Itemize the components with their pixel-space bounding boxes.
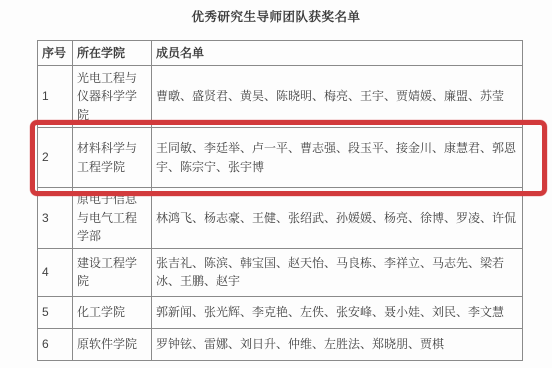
cell-members: 王同敏、李廷举、卢一平、曹志强、段玉平、接金川、康慧君、郭恩宇、陈宗宁、张宇博	[152, 128, 523, 188]
award-table-body: 1光电工程与仪器科学学院曹暾、盛贤君、黄昊、陈晓明、梅亮、王宇、贾婧媛、廉盟、苏…	[38, 66, 523, 361]
cell-members: 张吉礼、陈滨、韩宝国、赵天怡、马良栋、李祥立、马志先、梁若冰、王鹏、赵宇	[152, 248, 523, 296]
cell-college: 材料科学与工程学院	[73, 128, 152, 188]
cell-college: 原电子信息与电气工程学部	[73, 188, 152, 249]
cell-college: 光电工程与仪器科学学院	[73, 66, 152, 128]
page-title: 优秀研究生导师团队获奖名单	[0, 7, 552, 25]
cell-members: 林鸿飞、杨志豪、王健、张绍武、孙媛媛、杨亮、徐博、罗凌、许侃	[152, 188, 523, 249]
cell-college: 原软件学院	[73, 328, 152, 360]
cell-college: 化工学院	[73, 296, 152, 328]
header-cell-college: 所在学院	[73, 41, 152, 66]
award-table: 序号 所在学院 成员名单 1光电工程与仪器科学学院曹暾、盛贤君、黄昊、陈晓明、梅…	[37, 40, 523, 361]
table-row: 3原电子信息与电气工程学部林鸿飞、杨志豪、王健、张绍武、孙媛媛、杨亮、徐博、罗凌…	[38, 188, 523, 249]
table-row: 4建设工程学院张吉礼、陈滨、韩宝国、赵天怡、马良栋、李祥立、马志先、梁若冰、王鹏…	[38, 248, 523, 296]
cell-index: 2	[38, 128, 73, 188]
cell-index: 6	[38, 328, 73, 360]
cell-index: 4	[38, 248, 73, 296]
table-header-row: 序号 所在学院 成员名单	[38, 41, 523, 66]
table-row: 1光电工程与仪器科学学院曹暾、盛贤君、黄昊、陈晓明、梅亮、王宇、贾婧媛、廉盟、苏…	[38, 66, 523, 128]
cell-college: 建设工程学院	[73, 248, 152, 296]
table-row-highlighted: 2材料科学与工程学院王同敏、李廷举、卢一平、曹志强、段玉平、接金川、康慧君、郭恩…	[38, 128, 523, 188]
cell-index: 1	[38, 66, 73, 128]
header-cell-members: 成员名单	[152, 41, 523, 66]
table-row: 5化工学院郭新闻、张光辉、李克艳、左佚、张安峰、聂小娃、刘民、李文慧	[38, 296, 523, 328]
header-cell-index: 序号	[38, 41, 73, 66]
cell-members: 曹暾、盛贤君、黄昊、陈晓明、梅亮、王宇、贾婧媛、廉盟、苏莹	[152, 66, 523, 128]
document-page: 优秀研究生导师团队获奖名单 序号 所在学院 成员名单 1光电工程与仪器科学学院曹…	[0, 0, 552, 368]
cell-members: 郭新闻、张光辉、李克艳、左佚、张安峰、聂小娃、刘民、李文慧	[152, 296, 523, 328]
table-row: 6原软件学院罗钟铉、雷娜、刘日升、仲维、左胜法、郑晓朋、贾棋	[38, 328, 523, 360]
cell-index: 3	[38, 188, 73, 249]
cell-index: 5	[38, 296, 73, 328]
cell-members: 罗钟铉、雷娜、刘日升、仲维、左胜法、郑晓朋、贾棋	[152, 328, 523, 360]
